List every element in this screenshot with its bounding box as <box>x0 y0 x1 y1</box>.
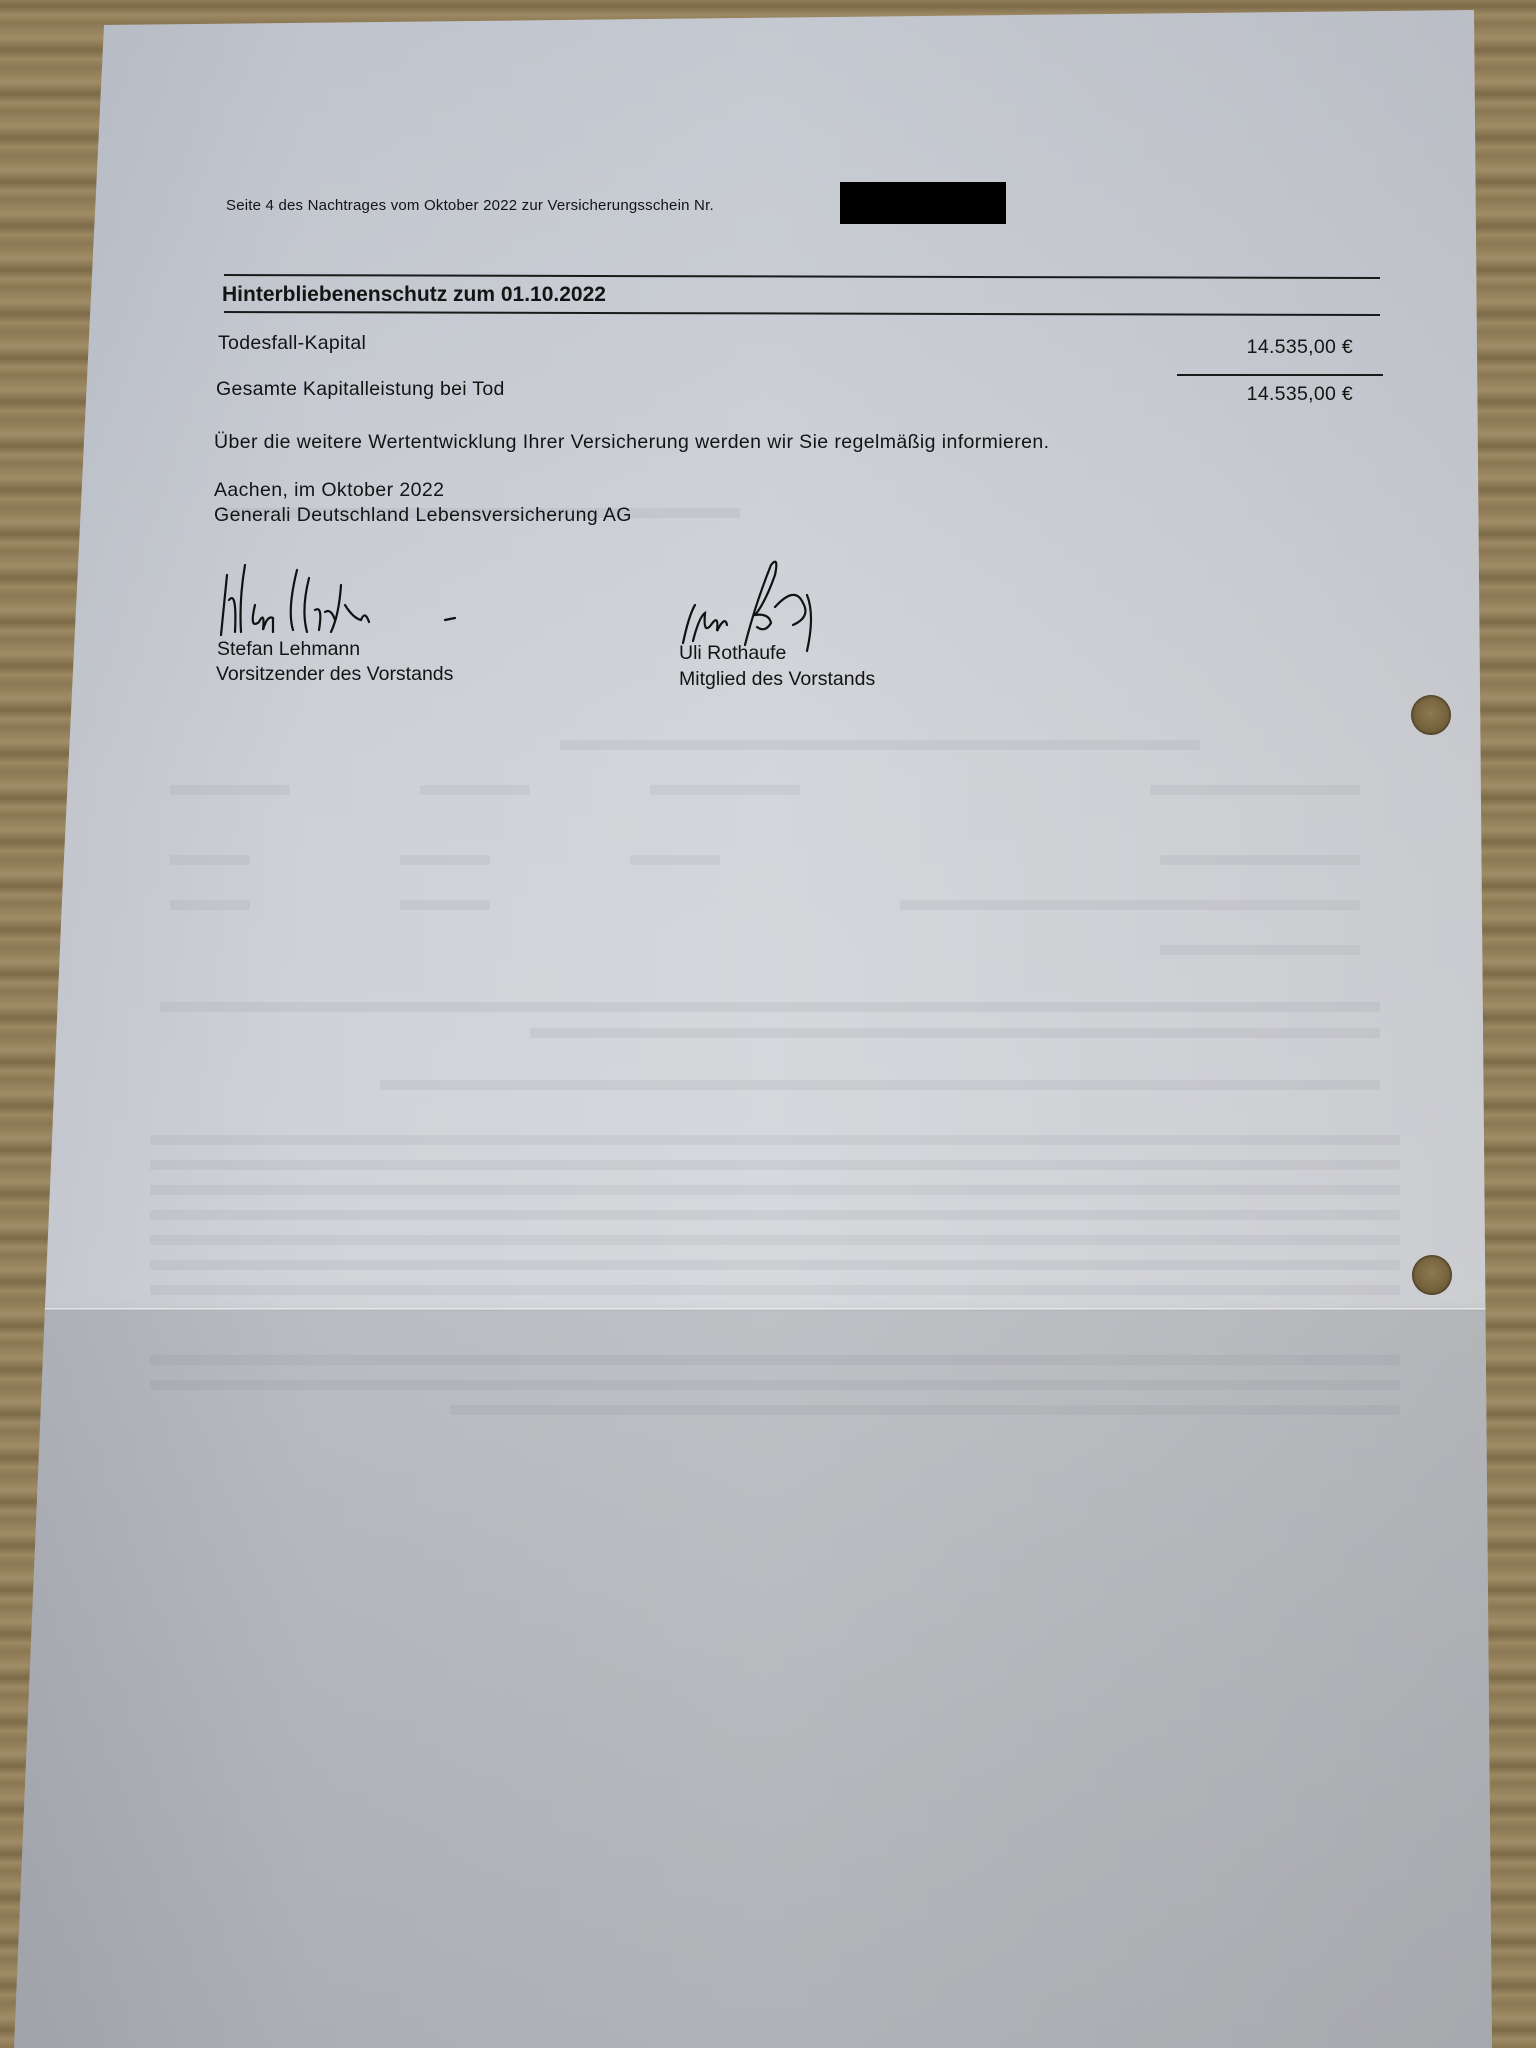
death-capital-value: 14.535,00 € <box>1153 336 1353 359</box>
page-header: Seite 4 des Nachtrages vom Oktober 2022 … <box>226 197 714 214</box>
info-text: Über die weitere Wertentwicklung Ihrer V… <box>214 431 1049 454</box>
company-name: Generali Deutschland Lebensversicherung … <box>214 504 632 527</box>
place-date: Aachen, im Oktober 2022 <box>214 479 444 502</box>
death-capital-label: Todesfall-Kapital <box>218 332 366 355</box>
divider-top <box>224 274 1380 279</box>
section-title: Hinterbliebenenschutz zum 01.10.2022 <box>222 283 606 307</box>
total-benefit-label: Gesamte Kapitalleistung bei Tod <box>216 378 505 401</box>
redacted-policy-number <box>840 182 1006 224</box>
signature-stefan-lehmann <box>215 560 475 645</box>
divider-bottom <box>224 311 1380 316</box>
document-content: Seite 4 des Nachtrages vom Oktober 2022 … <box>0 0 1536 2048</box>
sum-line <box>1177 374 1383 376</box>
total-benefit-value: 14.535,00 € <box>1153 383 1353 406</box>
signatory-name-2: Uli Rothaufe <box>679 642 786 665</box>
signatory-name-1: Stefan Lehmann <box>217 638 360 661</box>
signatory-role-2: Mitglied des Vorstands <box>679 668 875 691</box>
signatory-role-1: Vorsitzender des Vorstands <box>216 663 453 686</box>
